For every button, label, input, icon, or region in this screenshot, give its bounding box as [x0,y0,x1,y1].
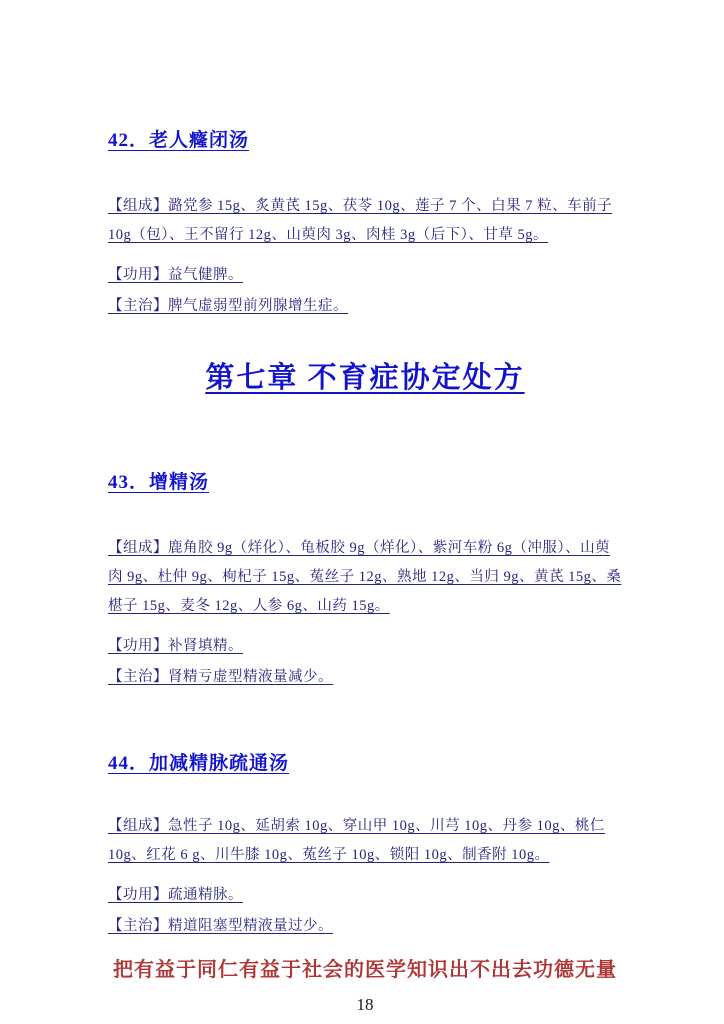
document-page: 42．老人癃闭汤 【组成】潞党参 15g、炙黄芪 15g、茯苓 10g、莲子 7… [0,0,724,1024]
section-44-function: 【功用】疏通精脉。 [108,881,622,910]
section-44-indication: 【主治】精道阻塞型精液量过少。 [108,912,622,941]
chapter-heading: 第七章 不育症协定处方 [108,359,622,397]
prescription-section-44: 44．加减精脉疏通汤 【组成】急性子 10g、延胡索 10g、穿山甲 10g、川… [108,750,622,941]
prescription-section-43: 43．增精汤 【组成】鹿角胶 9g（烊化）、龟板胶 9g（烊化）、紫河车粉 6g… [108,469,622,692]
section-44-title: 44．加减精脉疏通汤 [108,750,622,778]
prescription-section-42: 42．老人癃闭汤 【组成】潞党参 15g、炙黄芪 15g、茯苓 10g、莲子 7… [108,0,622,321]
section-43-indication: 【主治】肾精亏虚型精液量减少。 [108,663,622,692]
section-42-function: 【功用】益气健脾。 [108,261,622,290]
section-43-composition: 【组成】鹿角胶 9g（烊化）、龟板胶 9g（烊化）、紫河车粉 6g（冲服）、山萸… [108,534,622,621]
section-42-composition: 【组成】潞党参 15g、炙黄芪 15g、茯苓 10g、莲子 7 个、白果 7 粒… [108,192,622,250]
section-44-composition: 【组成】急性子 10g、延胡索 10g、穿山甲 10g、川芎 10g、丹参 10… [108,812,622,870]
footer-motto: 把有益于同仁有益于社会的医学知识出不出去功德无量 [108,955,622,985]
section-43-title: 43．增精汤 [108,469,622,497]
section-42-title: 42．老人癃闭汤 [108,0,622,155]
section-43-function: 【功用】补肾填精。 [108,632,622,661]
page-number: 18 [108,993,622,1017]
section-42-indication: 【主治】脾气虚弱型前列腺增生症。 [108,292,622,321]
